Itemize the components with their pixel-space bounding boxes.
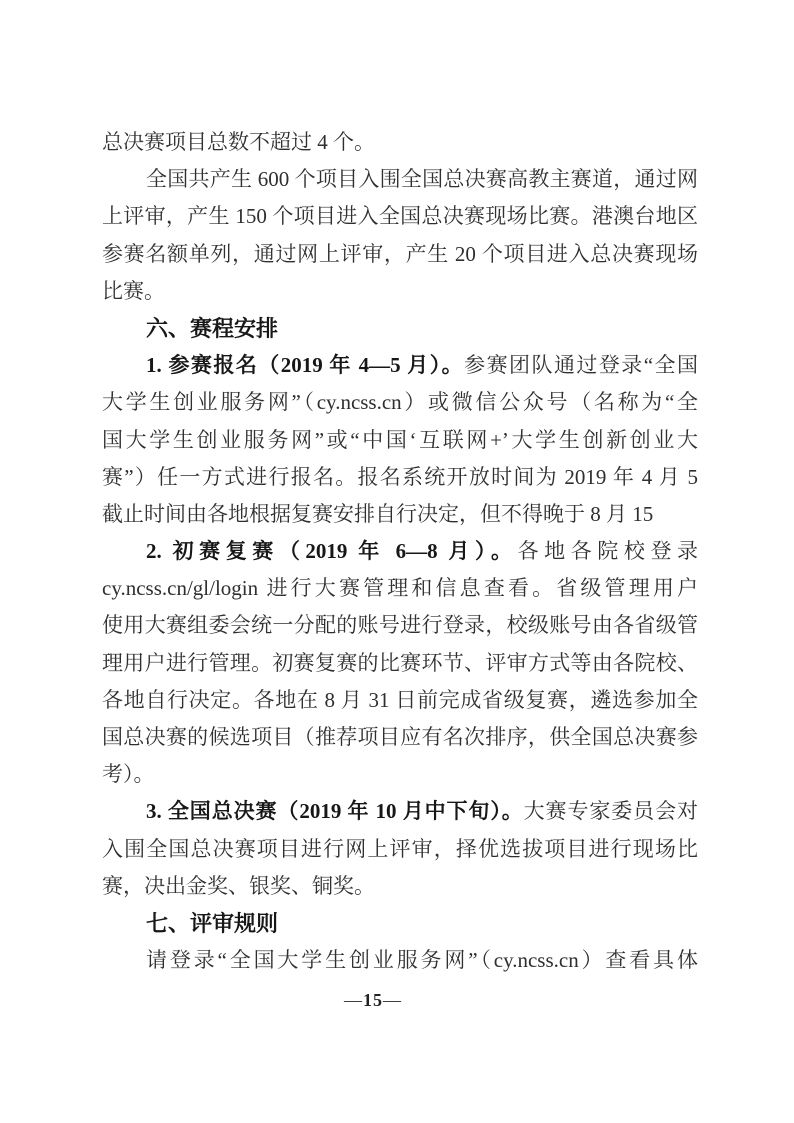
text-run: 赛”）任一方式进行报名。报名系统开放时间为 2019 年 4 月 5 日， — [102, 465, 698, 496]
text-run: 大赛专家委员会对 — [524, 799, 698, 823]
text-line: 国大学生创业服务网”或“中国‘互联网+’大学生创新创业大 — [102, 422, 698, 459]
text-block: 总决赛项目总数不超过 4 个。全国共产生 600 个项目入围全国总决赛高教主赛道… — [102, 124, 698, 979]
page-number-value: 15 — [363, 990, 383, 1010]
bold-run: 七、评审规则 — [146, 911, 278, 936]
text-line: 参赛名额单列，通过网上评审，产生 20 个项目进入总决赛现场 — [102, 236, 698, 273]
text-line: 赛”）任一方式进行报名。报名系统开放时间为 2019 年 4 月 5 日， — [102, 459, 698, 496]
text-line: 总决赛项目总数不超过 4 个。 — [102, 124, 698, 161]
section-heading: 六、赛程安排 — [102, 310, 698, 347]
bold-run: 2. 初赛复赛（2019 年 6—8 月）。 — [146, 539, 518, 563]
text-line: 使用大赛组委会统一分配的账号进行登录，校级账号由各省级管 — [102, 607, 698, 644]
text-line: 大学生创业服务网”（cy.ncss.cn）或微信公众号（名称为“全 — [102, 384, 698, 421]
text-run: 总决赛项目总数不超过 4 个。 — [102, 130, 375, 154]
page-number-dash-left: — — [344, 990, 363, 1010]
section-heading: 七、评审规则 — [102, 905, 698, 942]
text-run: 参赛名额单列，通过网上评审，产生 20 个项目进入总决赛现场 — [102, 242, 698, 266]
text-run: 上评审，产生 150 个项目进入全国总决赛现场比赛。港澳台地区 — [102, 204, 698, 228]
text-line: 截止时间由各地根据复赛安排自行决定，但不得晚于 8 月 15 日。 — [102, 496, 698, 533]
text-run: 参赛团队通过登录“全国 — [464, 353, 698, 377]
text-run: 大学生创业服务网”（cy.ncss.cn）或微信公众号（名称为“全 — [102, 390, 698, 414]
text-line: 理用户进行管理。初赛复赛的比赛环节、评审方式等由各院校、 — [102, 645, 698, 682]
page-number: —15— — [298, 988, 448, 1012]
text-run: 国总决赛的候选项目（推荐项目应有名次排序，供全国总决赛参 — [102, 725, 698, 749]
text-line: 上评审，产生 150 个项目进入全国总决赛现场比赛。港澳台地区 — [102, 198, 698, 235]
text-line: 1. 参赛报名（2019 年 4—5 月）。参赛团队通过登录“全国 — [102, 347, 698, 384]
bold-run: 3. 全国总决赛（2019 年 10 月中下旬）。 — [146, 799, 524, 823]
text-run: cy.ncss.cn/gl/login 进行大赛管理和信息查看。省级管理用户 — [102, 576, 698, 600]
text-line: 比赛。 — [102, 273, 698, 310]
bold-run: 六、赛程安排 — [146, 316, 278, 341]
text-run: 使用大赛组委会统一分配的账号进行登录，校级账号由各省级管 — [102, 613, 698, 637]
text-line: cy.ncss.cn/gl/login 进行大赛管理和信息查看。省级管理用户 — [102, 570, 698, 607]
text-line: 2. 初赛复赛（2019 年 6—8 月）。各地各院校登录 — [102, 533, 698, 570]
document-page: 总决赛项目总数不超过 4 个。全国共产生 600 个项目入围全国总决赛高教主赛道… — [0, 0, 794, 1123]
text-run: 入围全国总决赛项目进行网上评审，择优选拔项目进行现场比 — [102, 837, 698, 861]
page-number-dash-right: — — [383, 990, 402, 1010]
text-line: 赛，决出金奖、银奖、铜奖。 — [102, 868, 698, 905]
text-line: 3. 全国总决赛（2019 年 10 月中下旬）。大赛专家委员会对 — [102, 793, 698, 830]
text-run: 各地各院校登录 — [518, 539, 698, 563]
bold-run: 1. 参赛报名（2019 年 4—5 月）。 — [146, 353, 464, 377]
text-run: 各地自行决定。各地在 8 月 31 日前完成省级复赛，遴选参加全 — [102, 688, 698, 712]
text-run: 全国共产生 600 个项目入围全国总决赛高教主赛道，通过网 — [146, 167, 698, 191]
text-run: 截止时间由各地根据复赛安排自行决定，但不得晚于 8 月 15 日。 — [102, 502, 653, 533]
text-run: 国大学生创业服务网”或“中国‘互联网+’大学生创新创业大 — [102, 428, 698, 452]
text-line: 入围全国总决赛项目进行网上评审，择优选拔项目进行现场比 — [102, 831, 698, 868]
text-run: 请登录“全国大学生创业服务网”（cy.ncss.cn）查看具体 — [146, 948, 698, 972]
text-run: 考）。 — [102, 762, 155, 786]
text-line: 考）。 — [102, 756, 698, 793]
text-run: 比赛。 — [102, 279, 165, 303]
text-line: 各地自行决定。各地在 8 月 31 日前完成省级复赛，遴选参加全 — [102, 682, 698, 719]
text-line: 请登录“全国大学生创业服务网”（cy.ncss.cn）查看具体 — [102, 942, 698, 979]
text-run: 赛，决出金奖、银奖、铜奖。 — [102, 874, 375, 898]
text-line: 国总决赛的候选项目（推荐项目应有名次排序，供全国总决赛参 — [102, 719, 698, 756]
text-run: 理用户进行管理。初赛复赛的比赛环节、评审方式等由各院校、 — [102, 651, 698, 675]
text-line: 全国共产生 600 个项目入围全国总决赛高教主赛道，通过网 — [102, 161, 698, 198]
